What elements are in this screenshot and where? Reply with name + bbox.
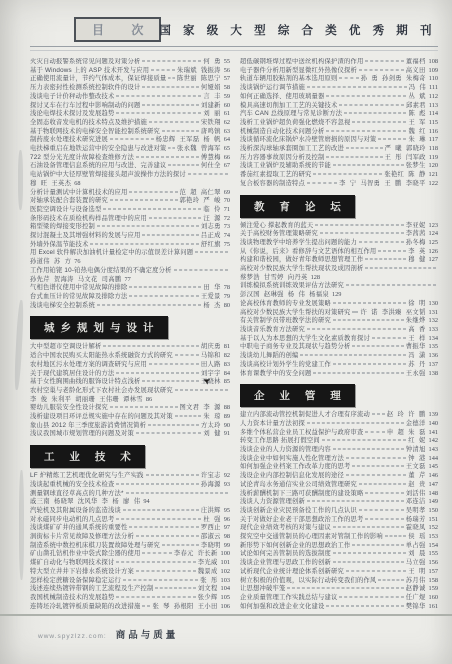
author-names: 申 超 朱 磊 [387,429,426,438]
author-names: 金德洋 [406,420,426,429]
toc-entry: 浅谈锅炉运行调节措施冯 伟111 [240,84,438,93]
toc-entry: 电站锅炉中大径厚壁管焊接接头超声波操作方法的探讨穆 旺 王英杰68 [30,171,230,188]
article-title: 浅谈企业管理与思政工作的创新 [240,559,331,568]
article-title: 全固态收音发电机的技术特点及维护措施 [30,119,147,128]
section-header: 企 业 管 理 [240,384,355,407]
page-number: 64 [224,136,230,145]
author-names: 穆 旺 王英杰 [30,180,71,189]
toc-entry: 婴幼儿服装安全性设计探究图文君 李 源88 [30,404,230,413]
author-names: 张少辉 [198,594,218,603]
dot-leader [116,483,198,484]
dot-leader [378,579,403,580]
page-number: 139 [429,411,438,420]
article-title: 工作用铂铑 10-铂热电偶分度结果的不确定度分析 [30,267,172,276]
page-number: 120 [429,162,438,171]
page-number: 92 [224,472,230,481]
scan-artifact [14,300,25,390]
page-number: 149 [429,498,438,507]
toc-entry: 番茄红素提取工艺的研究张艳红 陈 静121 [240,171,438,180]
page-number: 138 [429,370,438,379]
toc-entry: 浅谈幼儿舞蹈的创编冯 潇136 [240,352,438,361]
section-header: 城乡规划与设计 [30,316,168,339]
page-number: 145 [429,463,438,472]
author-names: 高 香 [408,326,425,335]
author-names: 樊锦华 [406,603,426,610]
dot-leader [188,174,228,175]
page-number: 147 [429,481,438,490]
article-title: 浅设企业内部控制信息化发展的途径 [240,472,344,481]
page-number: 126 [429,248,438,257]
toc-entry: 电扶梯重启在地铁运营中的安全隐患与改进对策张永魏 曾海军65 [30,145,230,154]
article-title: 让思想冲破牢笼 [240,585,285,594]
author-names: 李 俊 朱利平 胡丽珊 王伟珊 谭林雪 [30,396,143,405]
author-names: 彭汉国 赵琳强 杨 伟 杨福泉 [240,291,329,300]
author-names: 孙道伟 苏 方 [30,258,71,267]
page-number: 95 [224,507,230,516]
dot-leader [365,492,403,493]
toc-entry: 人力资本计量方法初探金德洋140 [240,420,438,429]
toc-entry: 超低碳钢堆焊过程中送丝机构保护渣的作用董福档108 [240,58,438,67]
article-title: 如何加强和改进企业文化建设 [240,603,324,610]
page-number: 151 [429,516,438,525]
article-title: 体育课教学中的安全问题 [240,370,311,379]
author-names: 董福档 [406,58,426,67]
toc-column-left: 火灾自动报警系统常见问题及对策分析何 勇55基于 Windows 上的 ASP … [30,58,230,610]
page-number: 130 [429,300,438,309]
author-names: 赵静诚 [406,585,426,594]
article-title: 煤矿自动化与物联网技术探讨 [30,559,114,568]
page-number: 129 [332,291,341,300]
dot-leader [333,302,406,303]
article-title: 浅谈创新企业灾民预备役工作的几点认识 [240,507,357,516]
dot-leader [333,527,404,528]
article-title: 试论如何完善管制员的选拔制度 [240,550,331,559]
author-names: 刘 丽 [203,110,220,119]
article-title: 浅谈企业的人力资源的管理内容 [240,446,331,455]
page-number: 106 [221,603,230,610]
toc-entry: 浅谈循环流化床锅炉水冷壁管磨损的原因与对策朱 琳117 [240,136,438,145]
article-title: 多维个体私营企业员工权益保护与政府审查 [240,429,363,438]
toc-entry: 高校对少数民族大学生帮扶的对策研究许 诺 李洪臻 巫文韬131 [240,309,438,318]
author-names: 李亚妮 [406,222,426,231]
toc-entry: 构建和谐校园，做好青年教师思想管理工作穆 健127 [240,256,438,265]
toc-entry: 连铸坯冷轧镀锌板质量缺陷的改进措施张 琴 孙根阳 王小田106 [30,603,230,610]
toc-entry: 论高校体育教师的专业发展策略徐 明130 [240,300,438,309]
dot-leader [162,544,199,545]
article-title: 浅谈电子计价秤动作整改技术 [30,93,114,102]
author-names: 戚三南 杨晓翠 沈风华 李 杨 廖 伟 [30,498,140,507]
page-number: 81 [224,343,230,352]
dot-leader [372,337,406,338]
author-names: 陈世丽 陈思宁 [177,75,221,84]
page-number: 60 [224,102,230,111]
toc-page: 目 次 国 家 级 大 型 综 合 类 优 秀 期 刊 火灾自动报警系统常见问题… [0,0,452,664]
page-number: 143 [429,446,438,455]
dot-leader [326,605,403,606]
dot-leader [175,416,201,417]
dot-leader [333,165,404,166]
toc-entry: 用 Excel 软件解决加油机计量检定中的示值误差计算问题孙道伟 苏 方76 [30,249,230,266]
dot-leader [142,605,150,606]
page-number: 136 [429,352,438,361]
author-names: 孙海源 [201,481,221,490]
toc-entry: 浅述连续热镀锌带钢的工艺流程及生产控制刘文程104 [30,585,230,594]
dot-leader [352,311,358,312]
author-names: 田 华 [203,284,220,293]
page-number: 100 [221,550,230,559]
toc-entry: 箱型梁的焊接变形控制刘志勇73 [30,223,230,232]
toc-entry: 中职电子商务专业及其现状与趋势分析曹振华135 [240,343,438,352]
page-number: 134 [429,335,438,344]
dot-leader [287,588,403,589]
author-names: 冯 伟 [409,84,426,93]
article-title: 火灾自动报警系统常见问题及对策分析 [30,58,140,67]
dot-leader [174,269,228,270]
article-title: 转变工作思路 拓展打假空间 [240,437,320,446]
page-number: 62 [224,119,230,128]
toc-entry: 树立积极的价值观，以实际行动转变我们的作风苏月伟158 [240,577,438,586]
toc-entry: 有关管制学员带班教学法的研究朱继烨132 [240,317,438,326]
dot-leader [352,121,406,122]
page-number: 153 [429,533,438,542]
journal-name: 商品与质量 [116,627,179,641]
page-number: 105 [221,594,230,603]
page-number: 70 [224,197,230,206]
website-url: www.spyzlzz.com: [38,633,107,640]
page-number: 74 [224,232,230,241]
article-title: 构建和谐校园，做好青年教师思想管理工作 [240,256,363,265]
toc-entry: 浅谈物理教学中培养学生提出问题的能力孙冬梅125 [240,239,438,248]
author-names: 孙冬梅 [406,239,426,248]
author-names: 罗西止 [201,524,221,533]
toc-entry: 浅议我国城市规划管理的问题及对策刘 健91 [30,430,230,439]
article-title: 适合中国农民购买太阳能热水系统融资方式的研究 [30,352,173,361]
page-number: 160 [429,594,438,603]
page-number: 121 [429,171,438,180]
author-names: 朱继烨 [406,317,426,326]
author-names: 图文君 李 源 [180,404,221,413]
toc-entry: 浅析薪酬机制下三路可获酬制度的建设策略刘活伟148 [240,490,438,499]
toc-entry: 火灾自动报警系统常见问题及对策分析何 勇55 [30,58,230,67]
toc-entry: 倾注爱心 撑起教育的蓝天李亚妮123 [240,222,438,231]
section-header: 工 业 技 术 [30,445,145,468]
toc-entry: 工作用铂铑 10-铂热电偶分度结果的不确定度分析孙先芹 贺海涛 马文花 司高鹏7… [30,267,230,284]
author-names: 冯 潇 [408,352,425,361]
dot-leader [103,346,198,347]
author-names: 任广煜 [406,594,426,603]
author-names: 何 勇 [203,58,220,67]
article-title: 气相色谱仪使用中常见故障的排除 [30,284,127,293]
article-title: 怎样检定蔗糖设备保障稳定运行 [30,577,121,586]
dot-leader [136,536,199,537]
article-title: 浅谈音乐教育方法研究 [240,326,305,335]
author-names: 言 丰 [203,93,220,102]
toc-entry: 关于高校财务管理策略研究李茜茜124 [240,230,438,239]
toc-entry: 汽车 CAN 总线原理与常见诊断方法陈 彪114 [240,110,438,119]
page-number: 82 [224,352,230,361]
page-number: 144 [429,455,438,464]
author-names: 陈 彪 [408,110,425,119]
dot-leader [116,113,201,114]
article-title: 企业质量管理工作实践总结与建议 [240,594,337,603]
article-title: 浅谈电梯安全控制系统 [30,302,95,311]
page-number: 127 [429,256,438,265]
page-number: 110 [429,75,438,84]
dot-leader [116,518,201,519]
author-names: 何仕全 [201,162,221,171]
author-names: 李光威 [198,559,218,568]
dot-leader [359,483,406,484]
article-title: 浅谈锅炉运行调节措施 [240,84,305,93]
toc-entry: 现代企业绩效考核的对策与建议霍晓凤152 [240,524,438,533]
article-title: 试论青岛水务通信实业公司绩效管理研究 [240,481,357,490]
toc-entry: 浅析工业锅炉超负荷强化燃烧不容忽视王 军115 [240,119,438,128]
dot-leader [307,182,337,183]
dot-leader [359,69,404,70]
dot-leader [142,381,198,382]
page-number: 101 [221,559,230,568]
page-number: 131 [429,309,438,318]
dot-leader [97,226,199,227]
dot-leader [168,78,175,79]
article-title: 倾注爱心 撑起教育的蓝天 [240,222,313,231]
dot-leader [313,372,403,373]
page-number: 89 [224,413,230,422]
page-number: 111 [429,84,438,93]
dot-leader [378,250,406,251]
author-names: 张 琴 孙根阳 王小田 [152,603,217,610]
dot-leader [195,252,228,253]
author-names: 苏月伟 [406,577,426,586]
page-footer: www.spyzlzz.com: 商品与质量 [38,627,178,641]
article-title: LF 炉精炼工艺机理优化研究与生产实践 [30,472,144,481]
toc-entry: 如何正确选择、使用玻璃量器丛 斌112 [240,93,438,102]
page-number: 114 [429,110,438,119]
article-title: 探讨叉车在行车过程中影响制动的问题 [30,102,140,111]
page-number: 94 [143,498,149,507]
article-title: 浅谈人力资源管理创新 [240,498,305,507]
dot-leader [313,174,382,175]
toc-entry: 浅论电焊技术探讨及发展趋势刘 丽61 [30,110,230,119]
author-names: 马立强 [406,559,426,568]
dot-leader [142,235,198,236]
dot-leader [365,518,403,519]
article-title: 汽车 CAN 总线原理与常见诊断方法 [240,110,342,119]
page-number: 85 [224,378,230,387]
page-number: 93 [224,481,230,490]
article-title: 浅论电焊技术探讨及发展趋势 [30,110,114,119]
dot-leader [123,579,198,580]
page-number: 102 [221,568,230,577]
article-title: 汽轮机及其附属设备的监造浅谈 [30,507,121,516]
author-names: 吴明孝 [406,507,426,516]
toc-entry: 探讨叉车在行车过程中影响制动的问题刘建新60 [30,102,230,111]
page-number: 98 [224,533,230,542]
author-names: 刘文程 [198,585,218,594]
article-title: 大中型超市空调设计解析 [30,343,101,352]
page-number: 109 [429,67,438,76]
author-names: 临 伶 [203,206,220,215]
toc-entry: 怎样检定蔗糖设备保障稳定运行张 彤103 [30,577,230,586]
page-number: 84 [224,370,230,379]
page-number: 63 [224,128,230,137]
toc-entry: 浅谈起重机械的安全技术检查孙海源93 [30,481,230,490]
page-number: 159 [429,585,438,594]
dot-leader [315,224,403,225]
author-names: 刘建新 [201,102,221,111]
dot-leader [168,165,198,166]
dot-leader [149,217,201,218]
toc-entry: 浅谈音乐教育方法研究高 香133 [240,326,438,335]
article-title: 正确使用流量计，节约气体成本，保证焊接质量 [30,75,166,84]
author-names: 曹振华 [406,343,426,352]
article-title: 探究空中交通管制员的心理因素对管制工作的影响 [240,533,383,542]
author-names: 钟清旭 [406,446,426,455]
page-number: 86 [146,396,152,405]
page-number: 150 [429,507,438,516]
page-number: 112 [429,93,438,102]
toc-entry: 模具高速切削加工工艺的关键技术邱素君113 [240,102,438,111]
dot-leader [149,121,199,122]
toc-entry: 矿山凿孔钻机作业中袋式除尘器的使用李春元 许长新100 [30,550,230,559]
article-title: 探讨混凝土及其增强材料的发展与应用 [30,232,140,241]
dot-leader [333,562,404,563]
author-names: 赵 玲 许 鹏 [387,411,426,420]
article-title: 台式血压计的常见故障及排除方法 [30,293,127,302]
author-names: 王 明 [408,568,425,577]
toc-entry: 浅谈高校计划外学生的党建工作苏 丹137 [240,361,438,370]
article-title: 石油设备管理信息系统的应用与改进、完善建议 [30,162,166,171]
toc-entry: 试论青岛水务通信实业公司绩效管理研究赵 贵147 [240,481,438,490]
dot-leader [168,148,175,149]
page-number: 69 [224,189,230,198]
author-names: 庄洪辉 [201,507,221,516]
page-number: 141 [429,429,438,438]
author-names: 王文磊 [406,463,426,472]
toc-entry: 轨道车辆用胶粘剂的基本选用原则孙 勇 孙剑勇 朱梅奇110 [240,75,438,84]
page-number: 97 [224,524,230,533]
page-number: 77 [124,276,130,285]
dot-leader [326,95,406,96]
toc-entry: 压力表密封性检测系统控制软件的设计何娅娟58 [30,84,230,93]
dot-leader [146,475,199,476]
article-title: 复合板容器的制造特点 [240,180,305,189]
toc-entry: 浅设企业内部控制信息化发展的途径董 芹146 [240,472,438,481]
dot-leader [359,241,404,242]
author-names: 红 妮 [408,437,425,446]
dot-leader [333,320,404,321]
article-title: 浅析建设项目环评总规实施中存在的问题及其对策 [30,413,173,422]
page-number: 108 [429,58,438,67]
article-title: 医院空调设计与设备选型 [30,206,101,215]
article-title: 树立积极的价值观，以实际行动转变我们的作风 [240,577,376,586]
toc-entry: 浅谈企业管理与思政工作的创新马立强156 [240,559,438,568]
dot-leader [339,104,404,105]
author-names: 李茜茜 [406,230,426,239]
toc-columns: 火灾自动报警系统常见问题及对策分析何 勇55基于 Windows 上的 ASP … [30,58,438,610]
article-title: 超低碳钢堆焊过程中送丝机构保护渣的作用 [240,58,363,67]
toc-entry: 探究空中交通管制员的心理因素对管制工作的影响侯 瑶153 [240,533,438,542]
article-title: 浅述连续热镀锌带钢的工艺流程及生产控制 [30,585,153,594]
toc-entry: 关于现代建筑居住设计的方法刘宇宇84 [30,370,230,379]
dot-leader [365,268,436,269]
author-names: 苏 丹 [408,361,425,370]
dot-leader [322,440,406,441]
toc-entry: 让思想冲破牢笼赵静诚159 [240,585,438,594]
toc-entry: 复合板容器的制造特点李 宁 马智勇 王 鹏 李晓平122 [240,180,438,189]
section-header: 教 育 论 坛 [240,195,355,218]
author-names: 丛 斌 [408,93,425,102]
page-number: 58 [224,84,230,93]
dot-leader [346,148,383,149]
author-names: 朱 琳 [408,136,425,145]
author-names: 田人路 [201,361,221,370]
author-names: 张艳红 陈 静 [384,171,425,180]
page-number: 137 [429,361,438,370]
page-number: 119 [429,154,438,163]
author-names: 许宝志 [201,472,221,481]
page-number: 71 [224,206,230,215]
toc-entry: 大中型超市空调设计解析胡庆勇81 [30,343,230,352]
dot-leader [365,259,406,260]
page-number: 122 [429,180,438,189]
article-title: 高校对少数民族大学生帮扶的对策研究 [240,309,350,318]
dot-leader [300,355,406,356]
toc-entry: 试析现代企业统计理论体系创新研究王 明157 [240,568,438,577]
author-names: 穆 健 [408,256,425,265]
author-names: 李 宁 马智勇 王 鹏 李晓平 [339,180,425,189]
page-number: 124 [429,230,438,239]
toc-badge: 目 次 [74,17,161,42]
article-title: 轨道车辆用胶粘剂的基本选用原则 [240,75,337,84]
page-number: 113 [429,102,438,111]
toc-entry: 测量钢球直径草高点的几种方法*戚三南 杨晓翠 沈风华 李 杨 廖 伟94 [30,490,230,507]
page-number: 115 [429,119,438,128]
scan-artifact [19,470,24,580]
article-title: 测量钢球直径草高点的几种方法* [30,490,124,499]
author-names: 王爱景 [201,293,221,302]
author-names: 何娅娟 [201,84,221,93]
dot-leader [151,69,175,70]
dot-leader [333,363,406,364]
dot-leader [365,61,403,62]
dot-leader [307,422,404,423]
toc-entry: 医院空调设计与设备选型临 伶71 [30,206,230,215]
page-number: 132 [429,317,438,326]
article-title: 浅谈幼儿舞蹈的创编 [240,352,298,361]
author-names: 胡庆勇 [201,343,221,352]
article-title: 对轴承装配合套装置的研究 [30,197,108,206]
toc-entry: 汽轮机及其附属设备的监造浅谈庄洪辉95 [30,507,230,516]
dot-leader [155,588,195,589]
dot-leader [346,457,406,458]
dot-leader [126,492,228,493]
author-names: 杨 杰 [203,302,220,311]
page-number: 68 [74,180,80,189]
toc-entry: 高校对少数民族大学生帮扶现状及成因剖析蔡梦浩 甘雪婷 向丹英128 [240,265,438,282]
toc-entry: 我国机械制造技术的发展趋势张少辉105 [30,594,230,603]
dot-leader [339,596,403,597]
toc-entry: 特大型立井井下岩排水系统设计方案魏景成102 [30,568,230,577]
dot-leader [136,433,201,434]
scan-artifact [18,150,23,210]
author-names: 马锦和 [201,352,221,361]
article-title: 我国机械制造技术的发展趋势 [30,594,114,603]
article-title: 浅析工业锅炉超负荷强化燃烧不容忽视 [240,119,350,128]
dot-leader [385,536,406,537]
author-names: 徐 明 [408,300,425,309]
dot-leader [346,475,406,476]
